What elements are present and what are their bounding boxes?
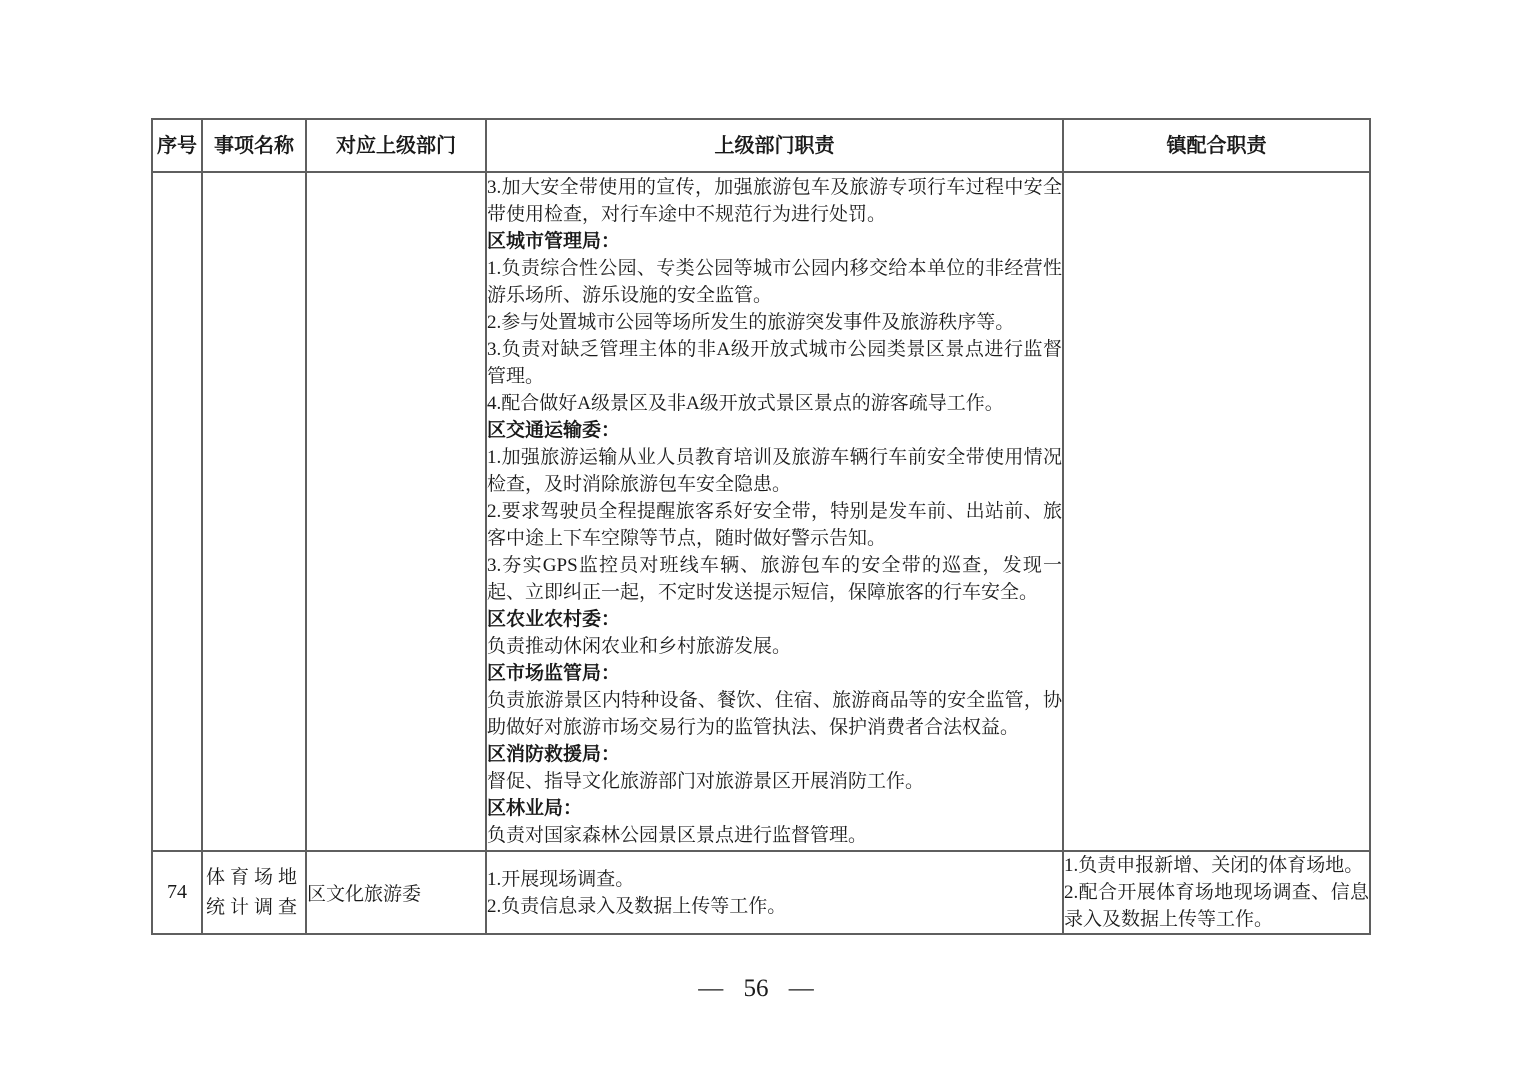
col-header-superior-department: 对应上级部门 <box>306 119 486 172</box>
cell-item-name-empty <box>202 172 306 851</box>
duty-paragraph: 1.加强旅游运输从业人员教育培训及旅游车辆行车前安全带使用情况检查，及时消除旅游… <box>487 444 1062 498</box>
duty-paragraph: 区市场监管局： <box>487 660 1062 687</box>
town-duties-list-74: 1.负责申报新增、关闭的体育场地。2.配合开展体育场地现场调查、信息录入及数据上… <box>1064 852 1369 933</box>
cell-department-empty <box>306 172 486 851</box>
cell-item-name-74: 体育场地统计调查 <box>202 851 306 934</box>
duty-paragraph: 3.夯实GPS监控员对班线车辆、旅游包车的安全带的巡查，发现一起、立即纠正一起，… <box>487 552 1062 606</box>
duty-paragraph: 1.开展现场调查。 <box>487 866 1062 893</box>
duty-paragraph: 区交通运输委： <box>487 417 1062 444</box>
duty-paragraph: 2.要求驾驶员全程提醒旅客系好安全带，特别是发车前、出站前、旅客中途上下车空隙等… <box>487 498 1062 552</box>
cell-seq-empty <box>152 172 202 851</box>
col-header-superior-duties: 上级部门职责 <box>486 119 1063 172</box>
duty-paragraph: 督促、指导文化旅游部门对旅游景区开展消防工作。 <box>487 768 1062 795</box>
table-row-continuation: 3.加大安全带使用的宣传，加强旅游包车及旅游专项行车过程中安全带使用检查，对行车… <box>152 172 1370 851</box>
duty-paragraph: 区消防救援局： <box>487 741 1062 768</box>
responsibilities-table: 序号 事项名称 对应上级部门 上级部门职责 镇配合职责 3.加大安全带使用的宣传… <box>151 118 1371 935</box>
col-header-town-duties: 镇配合职责 <box>1063 119 1370 172</box>
superior-duties-list: 3.加大安全带使用的宣传，加强旅游包车及旅游专项行车过程中安全带使用检查，对行车… <box>487 174 1062 849</box>
cell-town-duties-74: 1.负责申报新增、关闭的体育场地。2.配合开展体育场地现场调查、信息录入及数据上… <box>1063 851 1370 934</box>
duty-paragraph: 区城市管理局： <box>487 228 1062 255</box>
duty-paragraph: 3.负责对缺乏管理主体的非A级开放式城市公园类景区景点进行监督管理。 <box>487 336 1062 390</box>
table-header-row: 序号 事项名称 对应上级部门 上级部门职责 镇配合职责 <box>152 119 1370 172</box>
cell-superior-duties: 3.加大安全带使用的宣传，加强旅游包车及旅游专项行车过程中安全带使用检查，对行车… <box>486 172 1063 851</box>
col-header-item-name: 事项名称 <box>202 119 306 172</box>
duty-paragraph: 负责对国家森林公园景区景点进行监督管理。 <box>487 822 1062 849</box>
superior-duties-list-74: 1.开展现场调查。2.负责信息录入及数据上传等工作。 <box>487 866 1062 920</box>
duty-paragraph: 3.加大安全带使用的宣传，加强旅游包车及旅游专项行车过程中安全带使用检查，对行车… <box>487 174 1062 228</box>
cell-seq-74: 74 <box>152 851 202 934</box>
table-row-74: 74 体育场地统计调查 区文化旅游委 1.开展现场调查。2.负责信息录入及数据上… <box>152 851 1370 934</box>
col-header-seq: 序号 <box>152 119 202 172</box>
cell-department-74: 区文化旅游委 <box>306 851 486 934</box>
duty-paragraph: 2.配合开展体育场地现场调查、信息录入及数据上传等工作。 <box>1064 879 1369 933</box>
item-name-line: 体育场地 <box>203 863 305 893</box>
duty-paragraph: 区林业局： <box>487 795 1062 822</box>
page-number: — 56 — <box>0 975 1512 1003</box>
duty-paragraph: 1.负责综合性公园、专类公园等城市公园内移交给本单位的非经营性游乐场所、游乐设施… <box>487 255 1062 309</box>
item-name-line: 统计调查 <box>203 893 305 923</box>
cell-superior-duties-74: 1.开展现场调查。2.负责信息录入及数据上传等工作。 <box>486 851 1063 934</box>
item-name-lines: 体育场地统计调查 <box>203 863 305 923</box>
document-page: 序号 事项名称 对应上级部门 上级部门职责 镇配合职责 3.加大安全带使用的宣传… <box>0 0 1520 1074</box>
duty-paragraph: 2.负责信息录入及数据上传等工作。 <box>487 893 1062 920</box>
cell-town-duties-empty <box>1063 172 1370 851</box>
duty-paragraph: 区农业农村委： <box>487 606 1062 633</box>
duty-paragraph: 1.负责申报新增、关闭的体育场地。 <box>1064 852 1369 879</box>
duty-paragraph: 负责旅游景区内特种设备、餐饮、住宿、旅游商品等的安全监管，协助做好对旅游市场交易… <box>487 687 1062 741</box>
duty-paragraph: 4.配合做好A级景区及非A级开放式景区景点的游客疏导工作。 <box>487 390 1062 417</box>
duty-paragraph: 2.参与处置城市公园等场所发生的旅游突发事件及旅游秩序等。 <box>487 309 1062 336</box>
duty-paragraph: 负责推动休闲农业和乡村旅游发展。 <box>487 633 1062 660</box>
